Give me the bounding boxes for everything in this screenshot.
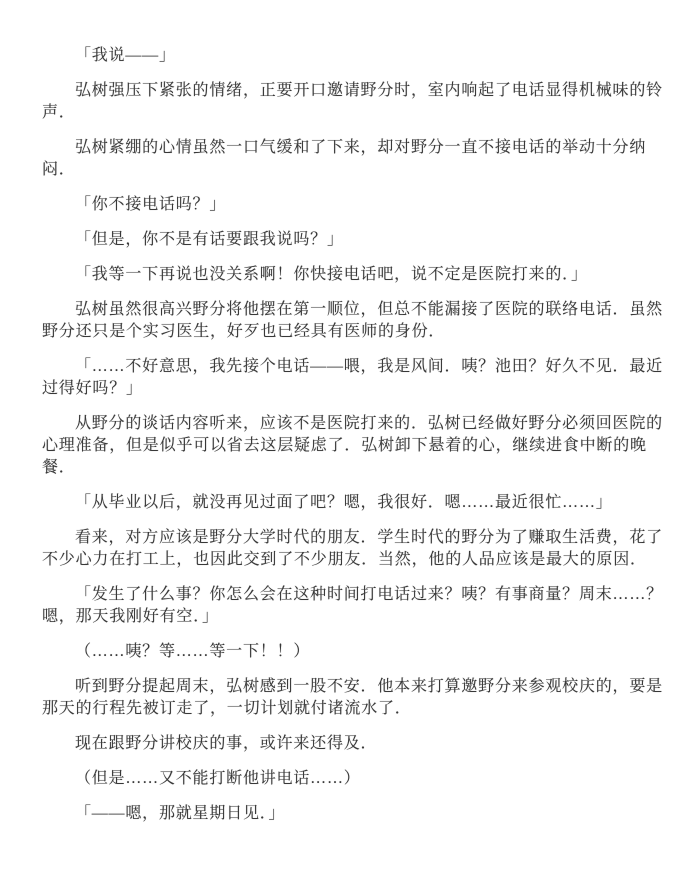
- paragraph-dialogue: 「从毕业以后，就没再见过面了吧？嗯，我很好．嗯……最近很忙……」: [42, 492, 668, 514]
- paragraph-narration: 弘树强压下紧张的情绪，正要开口邀请野分时，室内响起了电话显得机械味的铃声．: [42, 80, 668, 124]
- paragraph-narration: 看来，对方应该是野分大学时代的朋友．学生时代的野分为了赚取生活费，花了不少心力在…: [42, 527, 668, 571]
- paragraph-thought: （……咦？等……等一下！！）: [42, 641, 668, 663]
- novel-page: 「我说——」弘树强压下紧张的情绪，正要开口邀请野分时，室内响起了电话显得机械味的…: [0, 0, 680, 880]
- paragraph-narration: 现在跟野分讲校庆的事，或许来还得及．: [42, 733, 668, 755]
- paragraph-dialogue: 「但是，你不是有话要跟我说吗？」: [42, 229, 668, 251]
- paragraph-dialogue: 「……不好意思，我先接个电话——喂，我是风间．咦？池田？好久不见．最近过得好吗？…: [42, 356, 668, 400]
- novel-text-block: 「我说——」弘树强压下紧张的情绪，正要开口邀请野分时，室内响起了电话显得机械味的…: [42, 45, 668, 825]
- page: { "page": { "background_color": "#ffffff…: [0, 0, 680, 880]
- paragraph-dialogue: 「——嗯，那就星期日见．」: [42, 803, 668, 825]
- paragraph-narration: 听到野分提起周末，弘树感到一股不安．他本来打算邀野分来参观校庆的，要是那天的行程…: [42, 676, 668, 720]
- paragraph-narration: 弘树紧绷的心情虽然一口气缓和了下来，却对野分一直不接电话的举动十分纳闷．: [42, 137, 668, 181]
- paragraph-narration: 弘树虽然很高兴野分将他摆在第一顺位，但总不能漏接了医院的联络电话．虽然野分还只是…: [42, 299, 668, 343]
- paragraph-dialogue: 「我等一下再说也没关系啊！你快接电话吧，说不定是医院打来的．」: [42, 264, 668, 286]
- paragraph-dialogue: 「我说——」: [42, 45, 668, 67]
- paragraph-thought: （但是……又不能打断他讲电话……）: [42, 768, 668, 790]
- paragraph-dialogue: 「你不接电话吗？」: [42, 194, 668, 216]
- paragraph-dialogue: 「发生了什么事？你怎么会在这种时间打电话过来？咦？有事商量？周末……？嗯，那天我…: [42, 584, 668, 628]
- paragraph-narration: 从野分的谈话内容听来，应该不是医院打来的．弘树已经做好野分必须回医院的心理准备，…: [42, 413, 668, 479]
